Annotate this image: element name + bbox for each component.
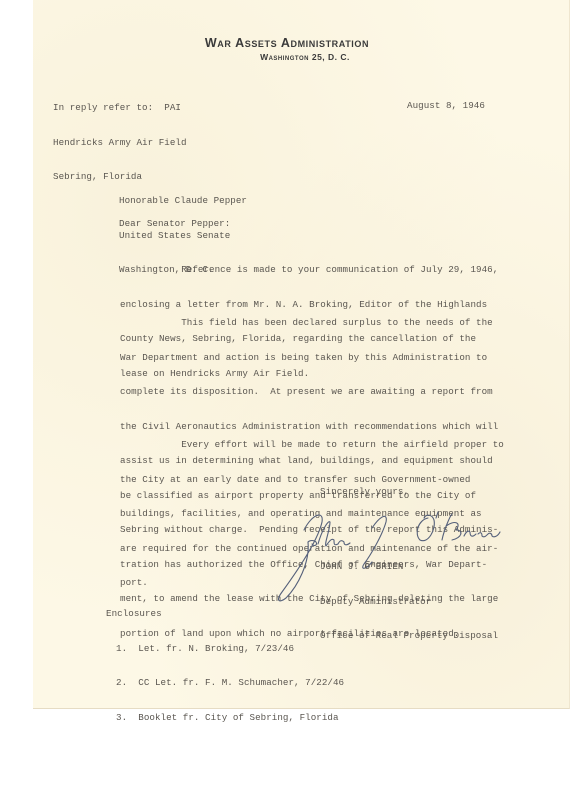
signatory-block: JOHN J. O'BRIEN Deputy Administrator Off… — [320, 538, 498, 653]
signatory-title: Deputy Administrator — [320, 596, 498, 608]
letterhead-organization: War Assets Administration — [0, 36, 574, 50]
letter-date: August 8, 1946 — [407, 100, 485, 112]
signatory-name: JOHN J. O'BRIEN — [320, 561, 498, 573]
enclosure-item: 2. CC Let. fr. F. M. Schumacher, 7/22/46 — [106, 677, 344, 689]
body-line: Every effort will be made to return the … — [120, 439, 504, 451]
signatory-office: Office of Real Property Disposal — [320, 630, 498, 642]
body-line: the City at an early date and to transfe… — [120, 474, 504, 486]
salutation: Dear Senator Pepper: — [119, 218, 230, 230]
reference-line: Hendricks Army Air Field — [53, 137, 187, 149]
body-line: Reference is made to your communication … — [120, 264, 498, 276]
body-line: complete its disposition. At present we … — [120, 386, 498, 398]
body-line: This field has been declared surplus to … — [120, 317, 498, 329]
enclosure-item: 1. Let. fr. N. Broking, 7/23/46 — [106, 643, 344, 655]
closing: Sincerely yours, — [320, 486, 409, 498]
recipient-line: United States Senate — [119, 230, 247, 242]
recipient-line: Honorable Claude Pepper — [119, 195, 247, 207]
reference-line: In reply refer to: PAI — [53, 102, 187, 114]
enclosures-block: Enclosures 1. Let. fr. N. Broking, 7/23/… — [106, 585, 344, 735]
letterhead-address: Washington 25, D. C. — [0, 52, 574, 62]
enclosure-item: 3. Booklet fr. City of Sebring, Florida — [106, 712, 344, 724]
enclosures-heading: Enclosures — [106, 608, 344, 620]
body-line: War Department and action is being taken… — [120, 352, 498, 364]
